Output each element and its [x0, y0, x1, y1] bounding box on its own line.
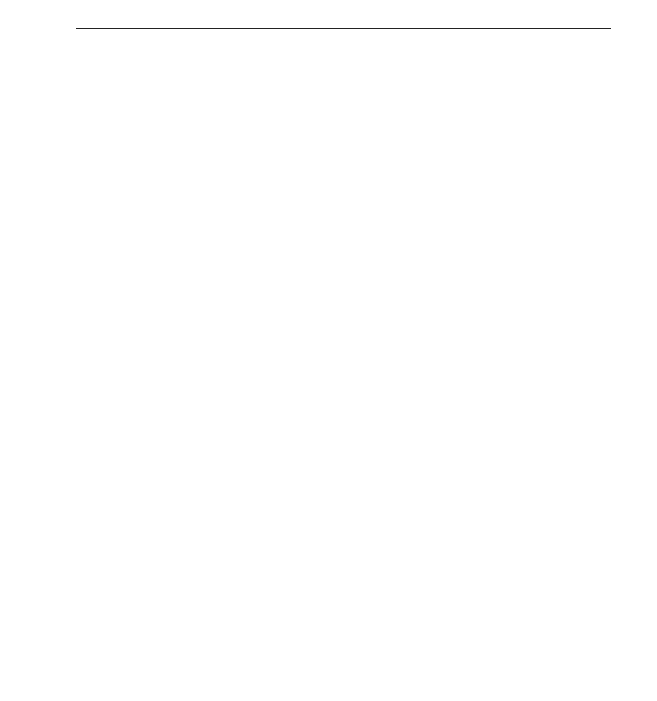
page-header: [76, 6, 612, 22]
header-divider: [76, 28, 611, 29]
